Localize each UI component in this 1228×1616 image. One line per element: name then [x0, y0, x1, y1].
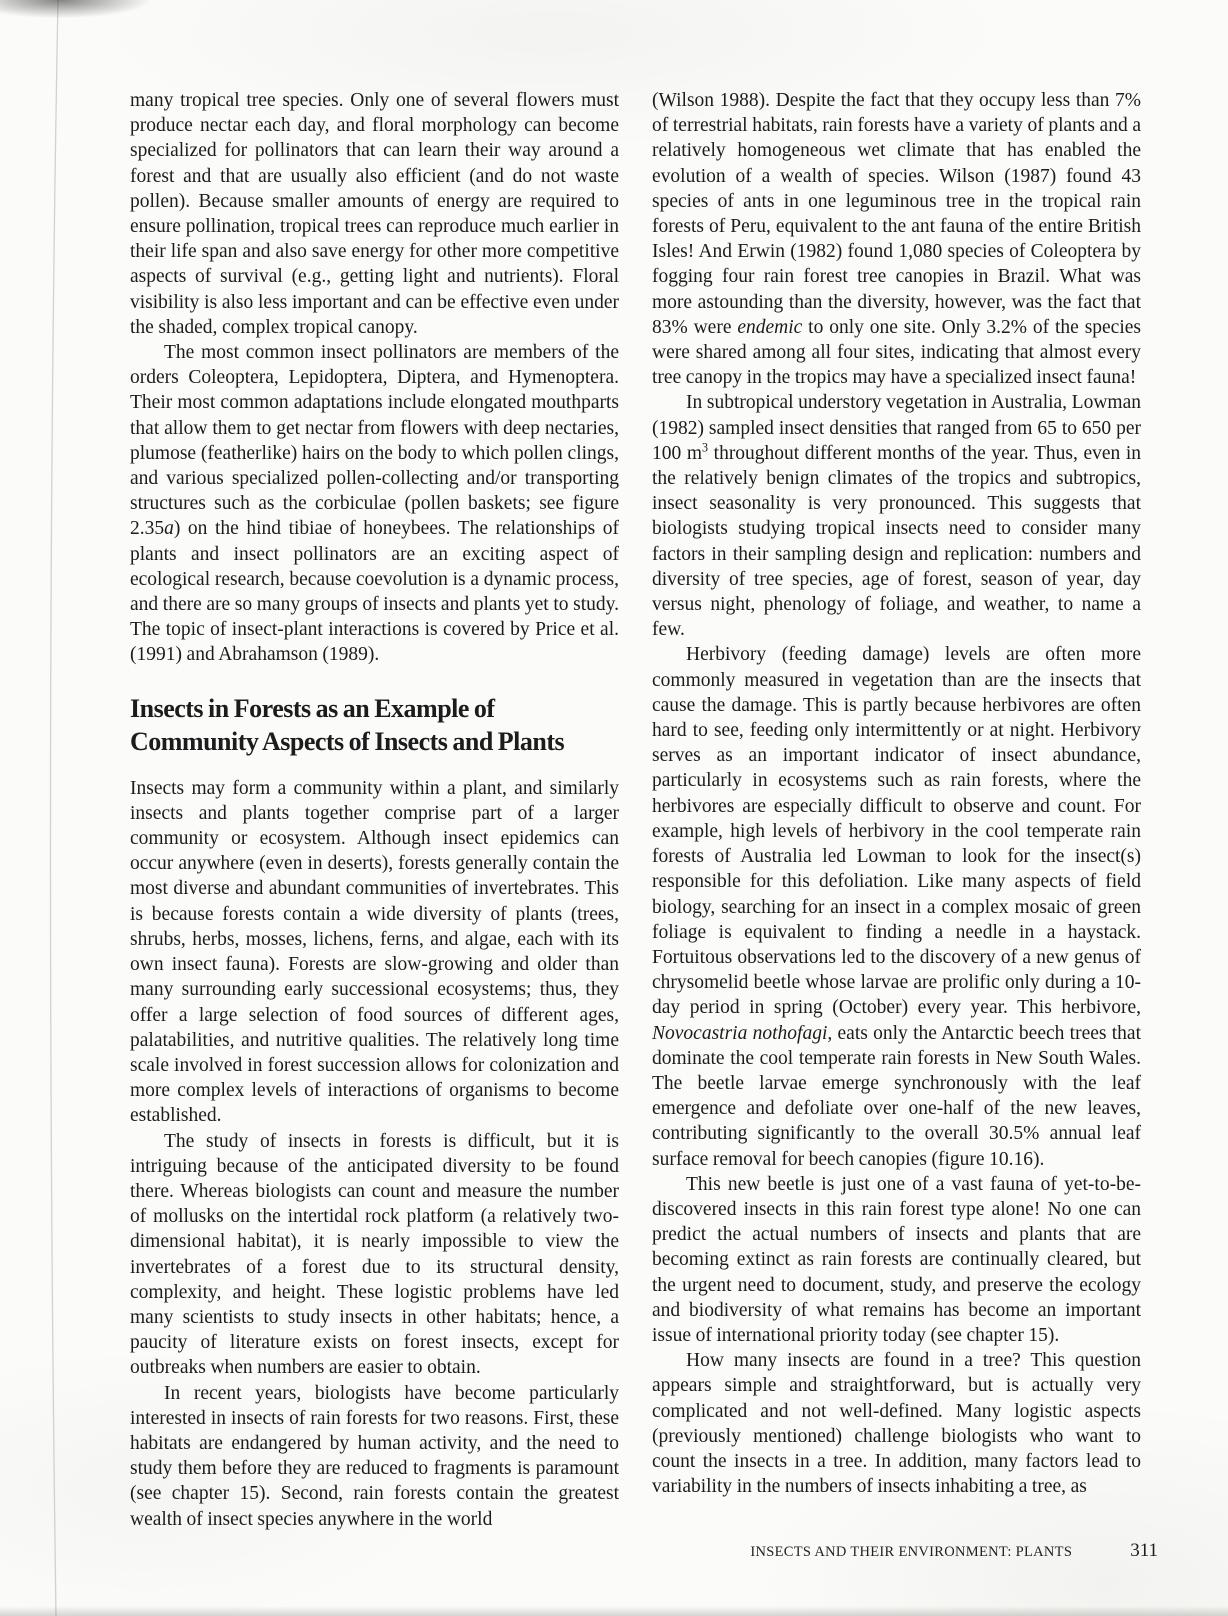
paragraph: The most common insect pollinators are m… — [130, 340, 619, 668]
paragraph: The study of insects in forests is diffi… — [130, 1129, 619, 1381]
paragraph: In subtropical understory vegetation in … — [652, 390, 1141, 642]
paragraph: In recent years, biologists have become … — [130, 1381, 619, 1532]
paragraph: This new beetle is just one of a vast fa… — [652, 1172, 1141, 1348]
running-head: INSECTS AND THEIR ENVIRONMENT: PLANTS — [750, 1544, 1072, 1561]
scan-smudge — [0, 0, 150, 18]
paragraph: many tropical tree species. Only one of … — [130, 88, 619, 340]
page-number: 311 — [1130, 1540, 1158, 1562]
paragraph: Herbivory (feeding damage) levels are of… — [652, 642, 1141, 1171]
paragraph: How many insects are found in a tree? Th… — [652, 1348, 1141, 1499]
paragraph: Insects may form a community within a pl… — [130, 776, 619, 1129]
section-heading: Insects in Forests as an Example of Comm… — [130, 692, 619, 758]
paragraph: (Wilson 1988). Despite the fact that the… — [652, 88, 1141, 390]
left-column: many tropical tree species. Only one of … — [130, 88, 619, 1532]
scan-bottom-shadow — [0, 1606, 1228, 1616]
page-footer: INSECTS AND THEIR ENVIRONMENT: PLANTS 31… — [750, 1540, 1158, 1562]
book-page: many tropical tree species. Only one of … — [0, 0, 1228, 1616]
right-column: (Wilson 1988). Despite the fact that the… — [652, 88, 1141, 1499]
